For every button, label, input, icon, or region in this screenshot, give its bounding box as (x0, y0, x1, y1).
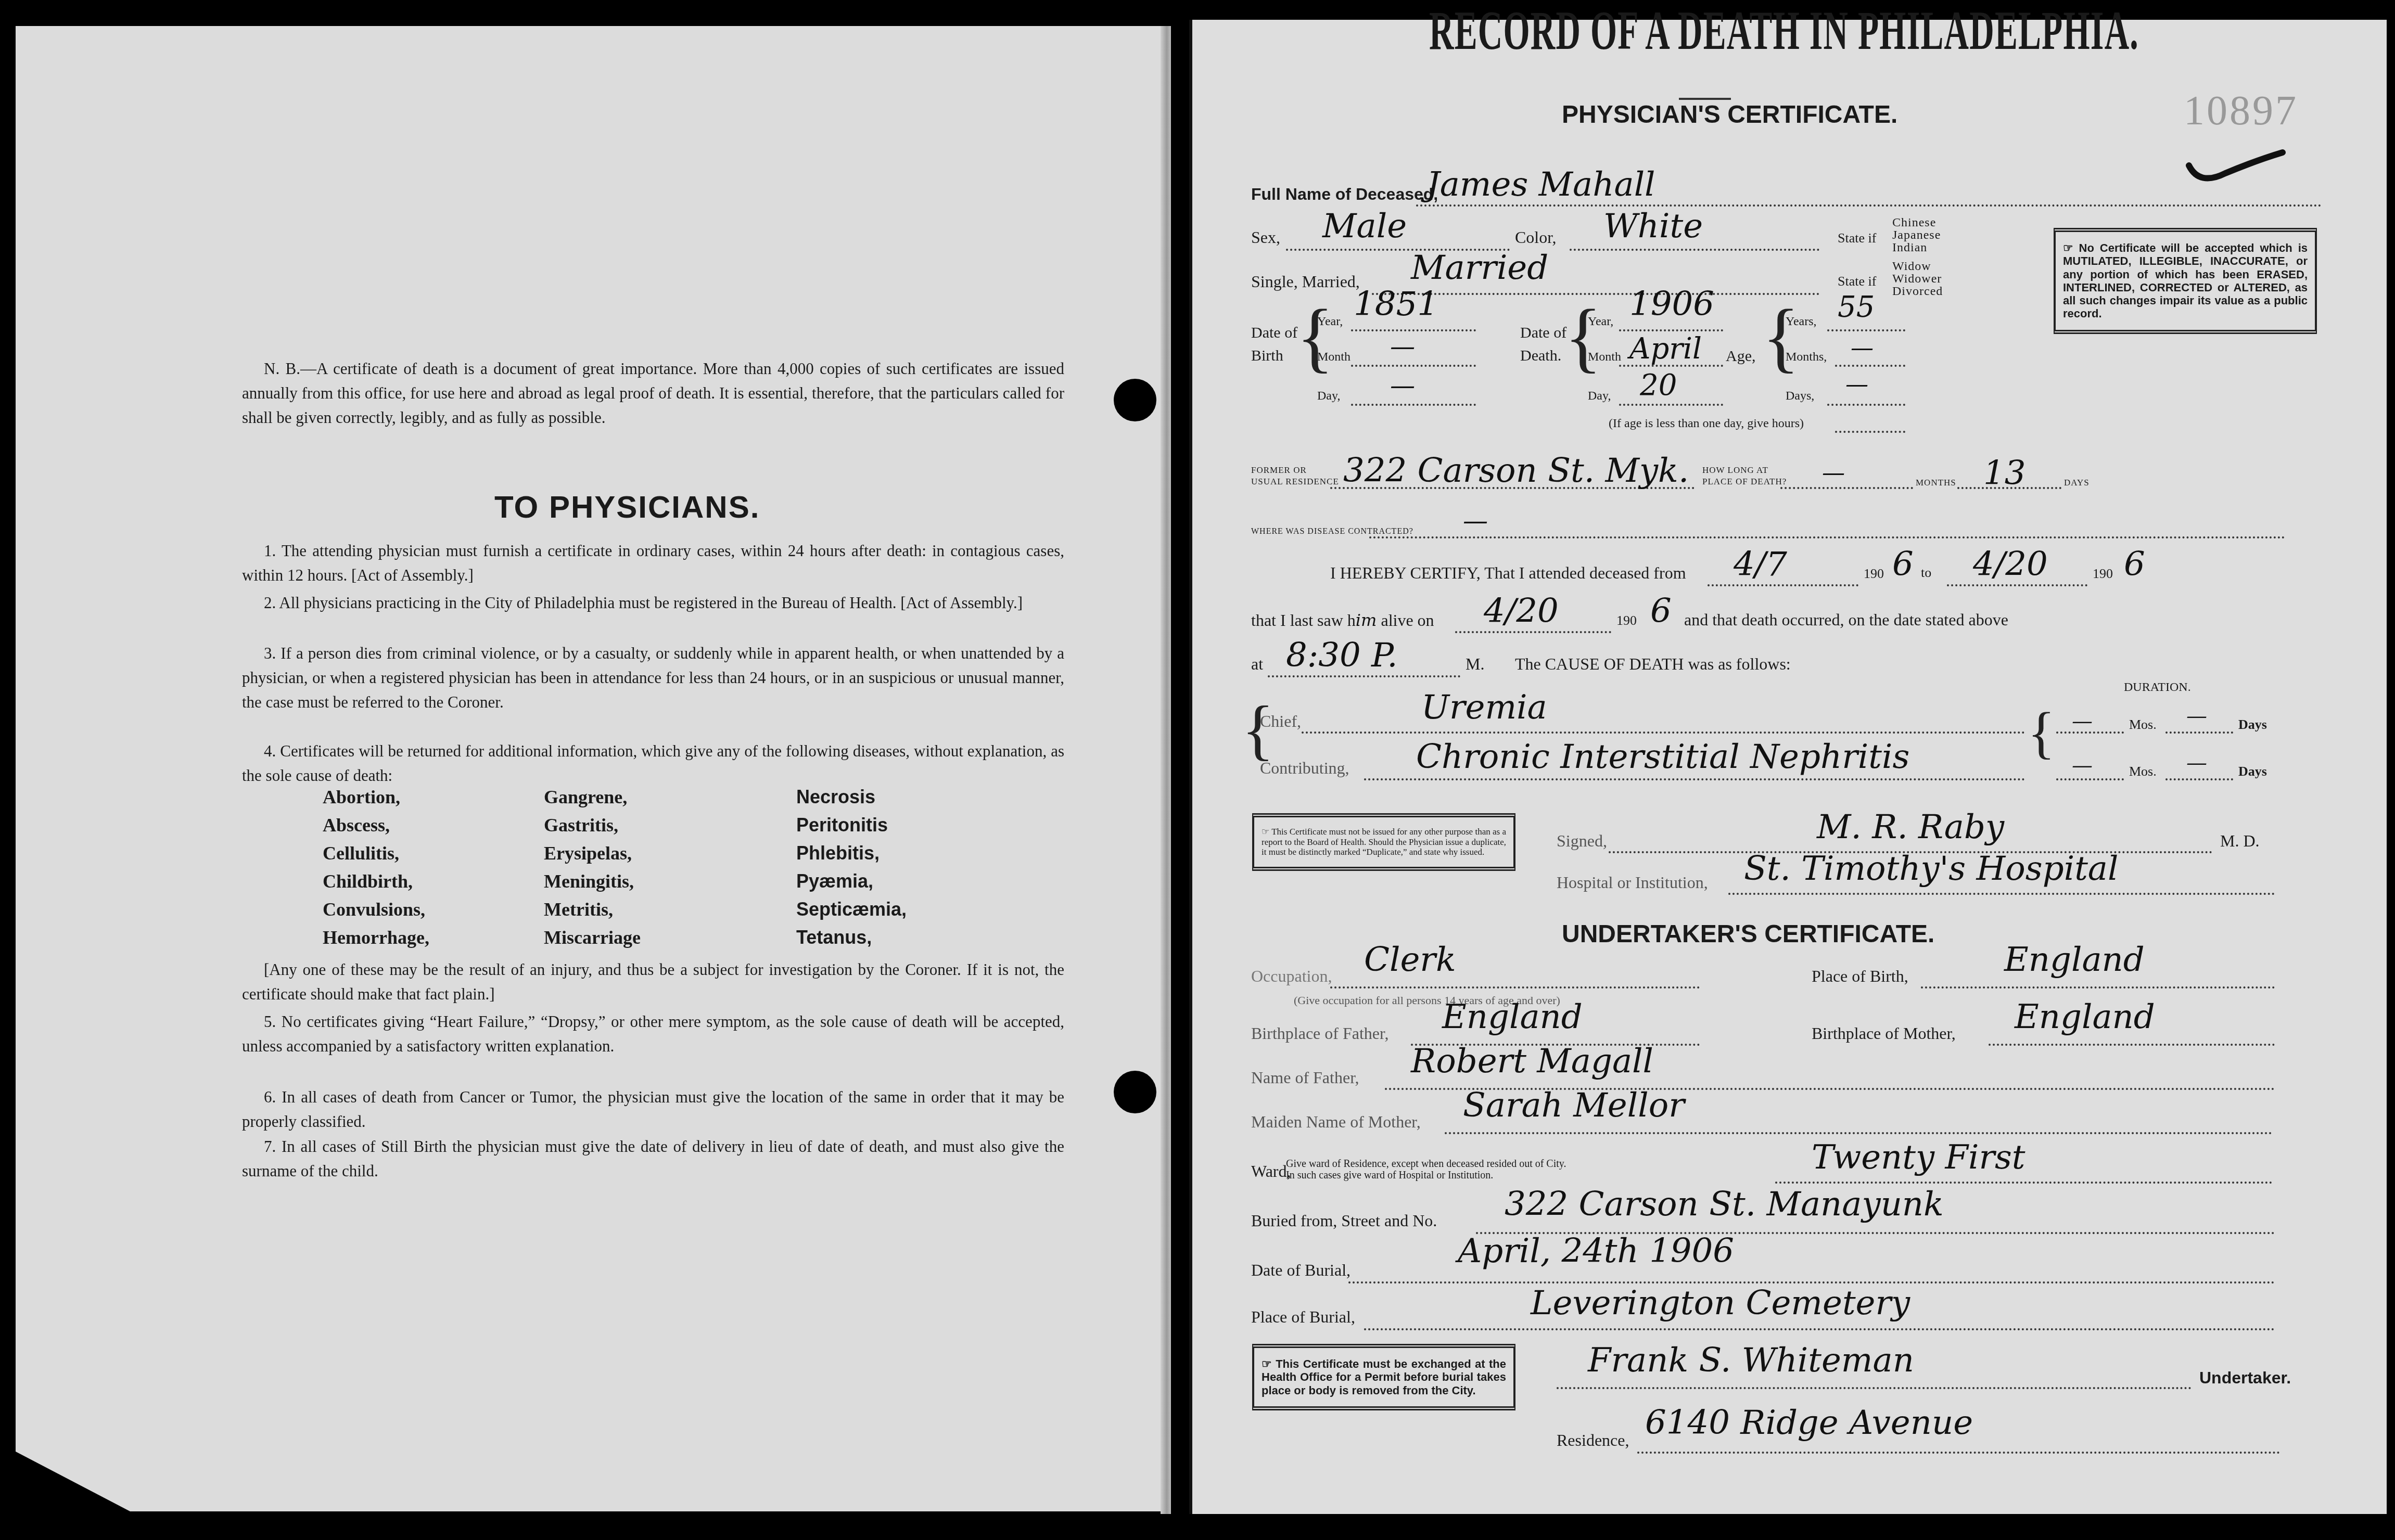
place-of-burial-label: Place of Burial, (1251, 1307, 1355, 1327)
death-month-value: April (1629, 332, 1702, 366)
age-hours-note: (If age is less than one day, give hours… (1609, 417, 1804, 431)
ward-label: Ward, (1251, 1162, 1291, 1181)
disease-column-1: Abortion,Abscess, Cellulitis,Childbirth,… (323, 783, 429, 952)
color-value: White (1603, 207, 1703, 246)
ward-value: Twenty First (1812, 1138, 2025, 1177)
occupation-value: Clerk (1364, 941, 1456, 979)
marital-options: WidowWidowerDivorced (1892, 260, 1943, 298)
notice-burial-permit: ☞ This Certificate must be exchanged at … (1252, 1344, 1515, 1410)
mother-maiden-name-value: Sarah Mellor (1463, 1086, 1685, 1125)
contrib-duration-mos-value: — (2072, 753, 2093, 777)
pronoun-value: im (1356, 610, 1377, 630)
buried-from-value: 322 Carson St. Manayunk (1505, 1185, 1944, 1224)
sex-value: Male (1322, 207, 1407, 246)
death-year-value: 1906 (1629, 285, 1714, 324)
rule-3: 3. If a person dies from criminal violen… (242, 641, 1064, 714)
pointing-hand-icon: ☞ (1262, 827, 1271, 837)
birth-month-value: — (1390, 332, 1415, 361)
undertaker-section-title: UNDERTAKER'S CERTIFICATE. (1562, 920, 1934, 948)
ward-note: Give ward of Residence, except when dece… (1286, 1158, 1566, 1181)
contrib-duration-days-value: — (2186, 751, 2207, 775)
rule-7: 7. In all cases of Still Birth the physi… (242, 1134, 1064, 1183)
how-long-label: HOW LONG ATPLACE OF DEATH? (1702, 465, 1787, 487)
chief-cause-value: Uremia (1421, 688, 1547, 727)
cause-of-death-intro: The CAUSE OF DEATH was as follows: (1515, 654, 1791, 674)
chief-duration-mos-value: — (2072, 709, 2093, 733)
state-if-marital-label: State if (1838, 274, 1876, 289)
record-number-stamp: 10897 (2184, 87, 2298, 135)
pointing-hand-icon: ☞ (1262, 1357, 1276, 1370)
pointing-hand-icon: ☞ (2063, 241, 2079, 254)
disease-contracted-value: — (1463, 506, 1488, 535)
full-name-label: Full Name of Deceased, (1251, 185, 1438, 204)
date-of-burial-value: April, 24th 1906 (1458, 1232, 1734, 1270)
date-of-burial-label: Date of Burial, (1251, 1261, 1351, 1280)
hospital-label: Hospital or Institution, (1557, 873, 1708, 892)
residence-label: FORMER ORUSUAL RESIDENCE (1251, 465, 1339, 487)
certify-statement: I HEREBY CERTIFY, That I attended deceas… (1330, 563, 1686, 583)
birthplace-father-label: Birthplace of Father, (1251, 1024, 1388, 1043)
attended-from-value: 4/7 (1734, 545, 1787, 584)
injury-note: [Any one of these may be the result of a… (242, 957, 1064, 1006)
undertaker-residence-label: Residence, (1557, 1431, 1629, 1450)
left-page-instructions: N. B.—A certificate of death is a docume… (16, 26, 1168, 1511)
chief-cause-label: Chief, (1260, 712, 1301, 731)
death-day-value: 20 (1640, 368, 1677, 402)
disease-column-3: NecrosisPeritonitis Phlebitis,Pyæmia, Se… (796, 783, 907, 952)
notice-no-certificate-accepted: ☞ No Certificate will be accepted which … (2054, 228, 2317, 334)
attended-to-value: 4/20 (1973, 545, 2048, 584)
undertaker-label: Undertaker. (2199, 1368, 2291, 1388)
residence-value: 322 Carson St. Myk. (1343, 452, 1689, 490)
undertaker-signature: Frank S. Whiteman (1588, 1341, 1914, 1380)
checkmark-icon (2184, 145, 2288, 186)
disease-column-2: Gangrene,Gastritis, Erysipelas,Meningiti… (544, 783, 641, 952)
last-seen-value: 4/20 (1484, 592, 1559, 631)
hospital-value: St. Timothy's Hospital (1744, 850, 2118, 888)
date-of-birth-label: Date ofBirth (1251, 322, 1297, 367)
buried-from-label: Buried from, Street and No. (1251, 1211, 1437, 1230)
contributing-cause-value: Chronic Interstitial Nephritis (1416, 738, 1909, 776)
punch-hole (1114, 1071, 1156, 1113)
mother-maiden-name-label: Maiden Name of Mother, (1251, 1112, 1421, 1132)
birth-day-value: — (1390, 371, 1415, 400)
full-name-value: James Mahall (1426, 165, 1655, 204)
father-name-value: Robert Magall (1411, 1042, 1653, 1081)
state-if-race-label: State if (1838, 230, 1876, 246)
punch-hole (1114, 379, 1156, 421)
age-months-value: — (1851, 335, 1874, 361)
attended-from-year-value: 6 (1892, 545, 1914, 584)
rule-5: 5. No certificates giving “Heart Failure… (242, 1009, 1064, 1058)
time-of-death-value: 8:30 P. (1286, 636, 1398, 675)
chief-duration-days-value: — (2186, 704, 2207, 728)
attended-to-year-value: 6 (2124, 545, 2145, 584)
marital-value: Married (1411, 249, 1548, 287)
how-long-days-value: 13 (1983, 454, 2025, 493)
last-seen-year-value: 6 (1650, 592, 1672, 631)
birthplace-mother-label: Birthplace of Mother, (1812, 1024, 1956, 1043)
title-rule (1679, 98, 1731, 100)
physician-signature: M. R. Raby (1817, 808, 2004, 846)
notice-duplicate: ☞ This Certificate must not be issued fo… (1252, 813, 1515, 871)
signed-label: Signed, (1557, 831, 1607, 851)
page-fold (1161, 26, 1171, 1514)
rule-4: 4. Certificates will be returned for add… (242, 739, 1064, 788)
last-saw-label: that I last saw him alive on (1251, 610, 1434, 630)
birthplace-father-value: England (1442, 998, 1583, 1036)
nb-paragraph: N. B.—A certificate of death is a docume… (242, 356, 1064, 430)
rule-6: 6. In all cases of death from Cancer or … (242, 1085, 1064, 1134)
marital-label: Single, Married, (1251, 272, 1360, 291)
age-years-value: 55 (1838, 290, 1875, 324)
age-days-value: — (1845, 371, 1868, 397)
rule-1: 1. The attending physician must furnish … (242, 538, 1064, 587)
right-page-certificate: RECORD OF A DEATH IN PHILADELPHIA. PHYSI… (1189, 20, 2387, 1514)
birth-year-value: 1851 (1354, 285, 1438, 324)
contributing-cause-label: Contributing, (1260, 759, 1349, 778)
place-of-burial-value: Leverington Cemetery (1531, 1284, 1910, 1323)
color-label: Color, (1515, 228, 1557, 247)
father-name-label: Name of Father, (1251, 1068, 1359, 1087)
duration-heading: DURATION. (2124, 681, 2191, 695)
place-of-birth-value: England (2004, 941, 2145, 979)
sex-label: Sex, (1251, 228, 1280, 247)
date-of-death-label: Date ofDeath. (1520, 322, 1566, 367)
birthplace-mother-value: England (2015, 998, 2155, 1036)
age-label: Age, (1726, 348, 1755, 365)
undertaker-residence-value: 6140 Ridge Avenue (1645, 1404, 1973, 1442)
occupation-label: Occupation, (1251, 967, 1332, 986)
physician-section-title: PHYSICIAN'S CERTIFICATE. (1562, 100, 1897, 129)
how-long-months-value: — (1822, 459, 1845, 486)
place-of-birth-label: Place of Birth, (1812, 967, 1908, 986)
race-options: ChineseJapaneseIndian (1892, 216, 1941, 254)
to-physicians-heading: TO PHYSICIANS. (494, 489, 760, 525)
disease-contracted-label: WHERE WAS DISEASE CONTRACTED? (1251, 527, 1413, 536)
rule-2: 2. All physicians practicing in the City… (242, 591, 1064, 615)
record-title: RECORD OF A DEATH IN PHILADELPHIA. (1429, 0, 2139, 62)
